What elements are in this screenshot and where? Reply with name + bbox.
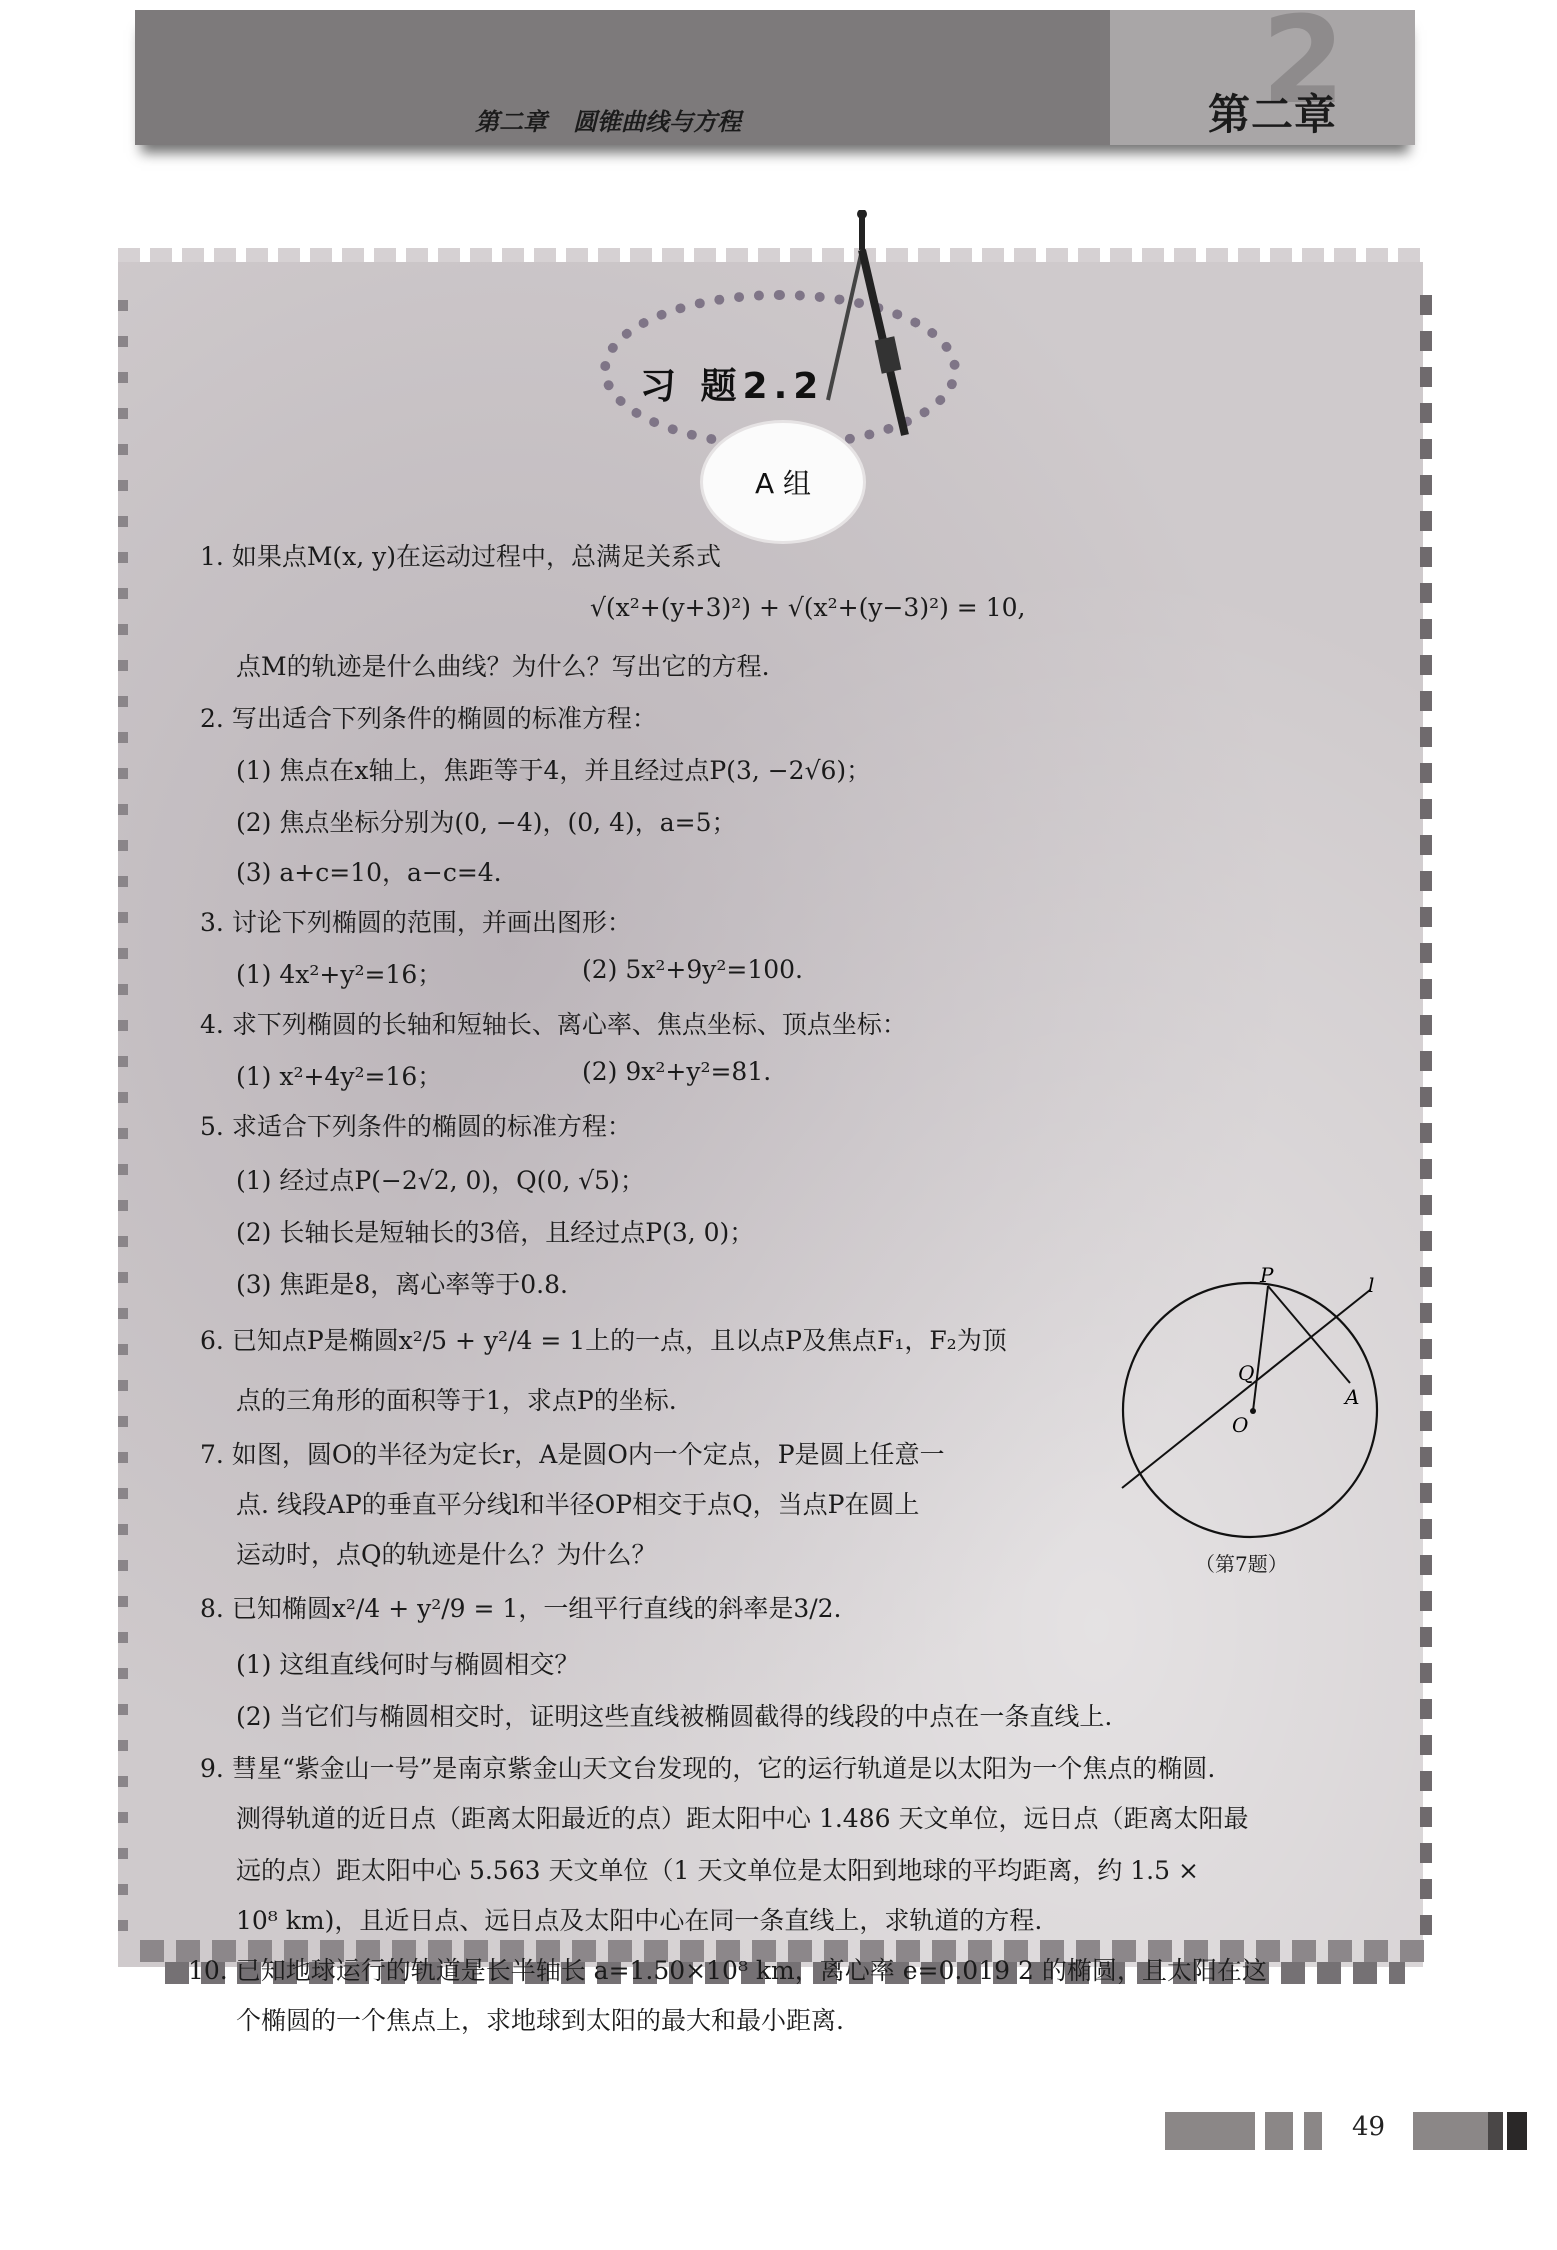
panel-right-edge <box>1420 295 1432 1945</box>
problem-number: 10. <box>188 1956 228 1985</box>
label-a: A <box>1343 1385 1359 1409</box>
problem-4: 4. 求下列椭圆的长轴和短轴长、离心率、焦点坐标、顶点坐标： <box>200 1005 907 1041</box>
exercise-title: 习 题2.2 <box>640 358 824 409</box>
problem-8: 8. 已知椭圆x²/4 + y²/9 = 1，一组平行直线的斜率是3/2. <box>200 1589 842 1625</box>
page-number: 49 <box>1352 2112 1385 2142</box>
problem-1: 1. 如果点M(x, y)在运动过程中，总满足关系式 <box>200 537 721 573</box>
problem-2-item-2: (2) 焦点坐标分别为(0, −4)，(0, 4)，a=5； <box>236 803 737 839</box>
problem-number: 9. <box>200 1754 224 1783</box>
label-o: O <box>1232 1413 1248 1437</box>
problem-5-item-3: (3) 焦距是8，离心率等于0.8. <box>236 1265 568 1301</box>
problem-number: 1. <box>200 542 224 571</box>
label-p: P <box>1259 1263 1274 1287</box>
problem-4-item-2: (2) 9x²+y²=81. <box>582 1057 771 1086</box>
chapter-tab: 2 第二章 <box>1110 10 1415 145</box>
label-q: Q <box>1238 1361 1254 1385</box>
footer-decor-block <box>1304 2112 1322 2150</box>
problem-number: 2. <box>200 704 224 733</box>
problem-6: 6. 已知点P是椭圆x²/5 + y²/4 = 1上的一点，且以点P及焦点F₁，… <box>200 1321 1007 1357</box>
label-l: l <box>1368 1273 1374 1297</box>
problem-9: 9. 彗星“紫金山一号”是南京紫金山天文台发现的，它的运行轨道是以太阳为一个焦点… <box>200 1749 1215 1785</box>
problem-number: 3. <box>200 908 224 937</box>
group-label: A 组 <box>700 420 866 544</box>
radius-op <box>1253 1286 1268 1411</box>
problem-3-item-2: (2) 5x²+9y²=100. <box>582 955 803 984</box>
problem-1-formula: √(x²+(y+3)²) + √(x²+(y−3)²) = 10, <box>590 593 1025 622</box>
footer-decor-block <box>1413 2112 1488 2150</box>
problem-text: 如图，圆O的半径为定长r，A是圆O内一个定点，P是圆上任意一 <box>232 1440 945 1469</box>
problem-10: 10. 已知地球运行的轨道是长半轴长 a=1.50×10⁸ km，离心率 e=0… <box>188 1951 1267 1987</box>
footer-decor-block <box>1265 2112 1293 2150</box>
problem-4-item-1: (1) x²+4y²=16； <box>236 1057 442 1093</box>
problem-8-item-2: (2) 当它们与椭圆相交时，证明这些直线被椭圆截得的线段的中点在一条直线上. <box>236 1697 1112 1733</box>
problem-7-figure: P l Q A O <box>1110 1250 1410 1590</box>
problem-5-item-2: (2) 长轴长是短轴长的3倍，且经过点P(3, 0)； <box>236 1213 754 1249</box>
page-footer: 49 <box>0 2112 1557 2152</box>
running-head: 第二章圆锥曲线与方程 <box>475 102 767 137</box>
problem-9-line-4: 10⁸ km)，且近日点、远日点及太阳中心在同一条直线上，求轨道的方程. <box>236 1901 1042 1937</box>
figure-caption: （第7题） <box>1195 1548 1288 1577</box>
footer-decor-block <box>1165 2112 1255 2150</box>
chapter-tab-label: 第二章 <box>1208 82 1337 142</box>
footer-decor-block <box>1507 2112 1527 2150</box>
problem-number: 8. <box>200 1594 224 1623</box>
circle-o <box>1123 1283 1377 1537</box>
problem-text: 讨论下列椭圆的范围，并画出图形： <box>232 908 632 937</box>
running-head-title: 圆锥曲线与方程 <box>573 108 741 136</box>
problem-1-question: 点M的轨迹是什么曲线？为什么？写出它的方程. <box>236 647 770 683</box>
problem-9-line-3: 远的点）距太阳中心 5.563 天文单位（1 天文单位是太阳到地球的平均距离，约… <box>236 1851 1199 1887</box>
problem-number: 5. <box>200 1112 224 1141</box>
problem-text: 已知点P是椭圆x²/5 + y²/4 = 1上的一点，且以点P及焦点F₁，F₂为… <box>232 1326 1007 1355</box>
problem-3-item-1: (1) 4x²+y²=16； <box>236 955 442 991</box>
problem-10-line-2: 个椭圆的一个焦点上，求地球到太阳的最大和最小距离. <box>236 2001 844 2037</box>
chapter-header-bar: 第二章圆锥曲线与方程 2 第二章 <box>135 10 1415 145</box>
problem-number: 4. <box>200 1010 224 1039</box>
problem-5-item-1: (1) 经过点P(−2√2, 0)，Q(0, √5)； <box>236 1161 645 1197</box>
problem-text: 已知地球运行的轨道是长半轴长 a=1.50×10⁸ km，离心率 e=0.019… <box>236 1956 1267 1985</box>
problem-7-line-3: 运动时，点Q的轨迹是什么？为什么？ <box>236 1535 657 1571</box>
problem-6-line-2: 点的三角形的面积等于1，求点P的坐标. <box>236 1381 677 1417</box>
problem-7-line-2: 点. 线段AP的垂直平分线l和半径OP相交于点Q，当点P在圆上 <box>236 1485 919 1521</box>
running-head-chapter: 第二章 <box>475 108 547 136</box>
problem-2: 2. 写出适合下列条件的椭圆的标准方程： <box>200 699 657 735</box>
center-point-o <box>1250 1408 1256 1414</box>
problem-text: 如果点M(x, y)在运动过程中，总满足关系式 <box>232 542 721 571</box>
segment-ap <box>1268 1286 1350 1383</box>
problem-text: 求下列椭圆的长轴和短轴长、离心率、焦点坐标、顶点坐标： <box>232 1010 907 1039</box>
problem-text: 求适合下列条件的椭圆的标准方程： <box>232 1112 632 1141</box>
problem-2-item-1: (1) 焦点在x轴上，焦距等于4，并且经过点P(3, −2√6)； <box>236 751 871 787</box>
footer-decor-block <box>1488 2112 1503 2150</box>
problem-2-item-3: (3) a+c=10，a−c=4. <box>236 853 502 889</box>
problem-number: 7. <box>200 1440 224 1469</box>
problem-text: 彗星“紫金山一号”是南京紫金山天文台发现的，它的运行轨道是以太阳为一个焦点的椭圆… <box>232 1754 1216 1783</box>
problem-8-item-1: (1) 这组直线何时与椭圆相交？ <box>236 1645 579 1681</box>
problem-3: 3. 讨论下列椭圆的范围，并画出图形： <box>200 903 632 939</box>
problem-5: 5. 求适合下列条件的椭圆的标准方程： <box>200 1107 632 1143</box>
problem-9-line-2: 测得轨道的近日点（距离太阳最近的点）距太阳中心 1.486 天文单位，远日点（距… <box>236 1799 1248 1835</box>
panel-left-edge <box>118 300 128 1940</box>
problem-7: 7. 如图，圆O的半径为定长r，A是圆O内一个定点，P是圆上任意一 <box>200 1435 945 1471</box>
problem-text: 写出适合下列条件的椭圆的标准方程： <box>232 704 657 733</box>
problem-text: 已知椭圆x²/4 + y²/9 = 1，一组平行直线的斜率是3/2. <box>232 1594 842 1623</box>
problem-number: 6. <box>200 1326 224 1355</box>
compass-icon <box>800 210 920 450</box>
